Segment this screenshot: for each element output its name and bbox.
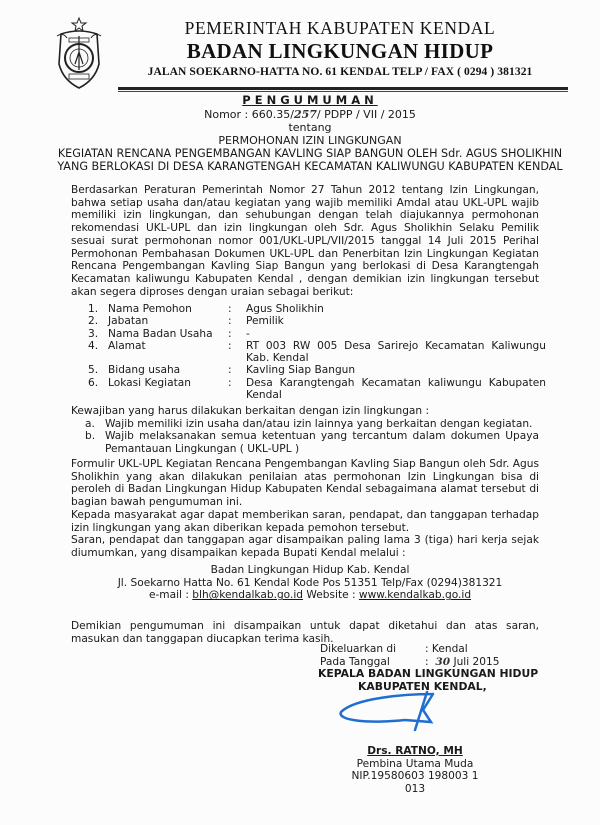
closing-paragraph: Demikian pengumuman ini disampaikan untu… [71,620,539,645]
detail-value: Kavling Siap Bangun [246,364,546,376]
signer-name: Drs. RATNO, MH [340,745,490,758]
obligation-text: Wajib melaksanakan semua ketentuan yang … [105,430,539,455]
email-link[interactable]: blh@kendalkab.go.id [192,589,303,601]
detail-label: Alamat [108,340,228,365]
document-page: PEMERINTAH KABUPATEN KENDAL BADAN LINGKU… [0,0,600,825]
subject-line-2: YANG BERLOKASI DI DESA KARANGTENGAH KECA… [40,160,580,173]
letterhead: PEMERINTAH KABUPATEN KENDAL BADAN LINGKU… [110,18,570,80]
issued-at-value: : Kendal [425,643,468,656]
obligations-section: Kewajiban yang harus dilakukan berkaitan… [71,405,539,456]
document-number: Nomor : 660.35/257/ PDPP / VII / 2015 [40,108,580,121]
detail-value: Desa Karangtengah Kecamatan kaliwungu Ka… [246,377,546,402]
signature-block: Dikeluarkan di: Kendal Pada Tanggal: 30 … [318,643,558,693]
detail-separator: : [228,328,246,340]
letterhead-divider-thin [118,91,568,92]
detail-label: Jabatan [108,315,228,327]
nomor-prefix: Nomor : 660.35/ [204,108,294,121]
contact-block: Badan Lingkungan Hidup Kab. Kendal Jl. S… [40,564,580,602]
website-link[interactable]: www.kendalkab.go.id [359,589,471,601]
tentang-label: tentang [40,121,580,134]
document-title: PENGUMUMAN [40,94,580,107]
detail-value: - [246,328,546,340]
deadline-paragraph: Saran, pendapat dan tanggapan agar disam… [71,534,539,559]
signature-scribble-icon [335,690,445,735]
detail-row: 3.Nama Badan Usaha:- [88,328,548,340]
detail-value: Pemilik [246,315,546,327]
email-label: e-mail : [149,589,192,601]
obligation-index: a. [85,418,105,431]
position-line-1: KEPALA BADAN LINGKUNGAN HIDUP [318,668,558,681]
detail-separator: : [228,364,246,376]
obligation-text: Wajib memiliki izin usaha dan/atau izin … [105,418,539,431]
obligation-item: b. Wajib melaksanakan semua ketentuan ya… [85,430,539,455]
form-section: Formulir UKL-UPL Kegiatan Rencana Pengem… [71,458,539,560]
nomor-suffix: / PDPP / VII / 2015 [317,108,416,121]
letterhead-government: PEMERINTAH KABUPATEN KENDAL [110,18,570,39]
detail-value: Agus Sholikhin [246,303,546,315]
obligation-index: b. [85,430,105,455]
public-paragraph: Kepada masyarakat agar dapat memberikan … [71,509,539,534]
detail-row: 6.Lokasi Kegiatan:Desa Karangtengah Keca… [88,377,548,402]
detail-row: 4.Alamat:RT 003 RW 005 Desa Sarirejo Kec… [88,340,548,365]
nomor-handwritten: 257 [294,108,317,121]
detail-label: Nama Pemohon [108,303,228,315]
letterhead-address: JALAN SOEKARNO-HATTA NO. 61 KENDAL TELP … [110,64,570,80]
detail-separator: : [228,315,246,327]
detail-number: 2. [88,315,108,327]
signer-nip: NIP.19580603 198003 1 013 [340,770,490,795]
contact-links: e-mail : blh@kendalkab.go.id Website : w… [40,589,580,602]
detail-row: 2.Jabatan:Pemilik [88,315,548,327]
signer: Drs. RATNO, MH Pembina Utama Muda NIP.19… [340,745,490,795]
signer-rank: Pembina Utama Muda [340,758,490,771]
subject-line-1: KEGIATAN RENCANA PENGEMBANGAN KAVLING SI… [40,147,580,160]
detail-separator: : [228,303,246,315]
detail-label: Bidang usaha [108,364,228,376]
applicant-details: 1.Nama Pemohon:Agus Sholikhin2.Jabatan:P… [88,303,548,401]
perihal: PERMOHONAN IZIN LINGKUNGAN [40,134,580,147]
detail-label: Lokasi Kegiatan [108,377,228,402]
obligations-intro: Kewajiban yang harus dilakukan berkaitan… [71,405,539,418]
contact-org: Badan Lingkungan Hidup Kab. Kendal [40,564,580,577]
contact-address: Jl. Soekarno Hatta No. 61 Kendal Kode Po… [40,577,580,590]
letterhead-divider [118,87,568,90]
issued-at-row: Dikeluarkan di: Kendal [318,643,558,656]
kendal-crest-icon [55,16,103,92]
detail-label: Nama Badan Usaha [108,328,228,340]
detail-number: 5. [88,364,108,376]
detail-separator: : [228,377,246,402]
letterhead-agency: BADAN LINGKUNGAN HIDUP [110,39,570,64]
form-paragraph: Formulir UKL-UPL Kegiatan Rencana Pengem… [71,458,539,509]
detail-row: 1.Nama Pemohon:Agus Sholikhin [88,303,548,315]
detail-number: 6. [88,377,108,402]
obligation-item: a. Wajib memiliki izin usaha dan/atau iz… [85,418,539,431]
detail-number: 1. [88,303,108,315]
detail-number: 4. [88,340,108,365]
issued-at-label: Dikeluarkan di [318,643,425,656]
detail-number: 3. [88,328,108,340]
intro-paragraph: Berdasarkan Peraturan Pemerintah Nomor 2… [71,184,539,298]
detail-value: RT 003 RW 005 Desa Sarirejo Kecamatan Ka… [246,340,546,365]
detail-row: 5.Bidang usaha:Kavling Siap Bangun [88,364,548,376]
detail-separator: : [228,340,246,365]
website-label: Website : [303,589,359,601]
